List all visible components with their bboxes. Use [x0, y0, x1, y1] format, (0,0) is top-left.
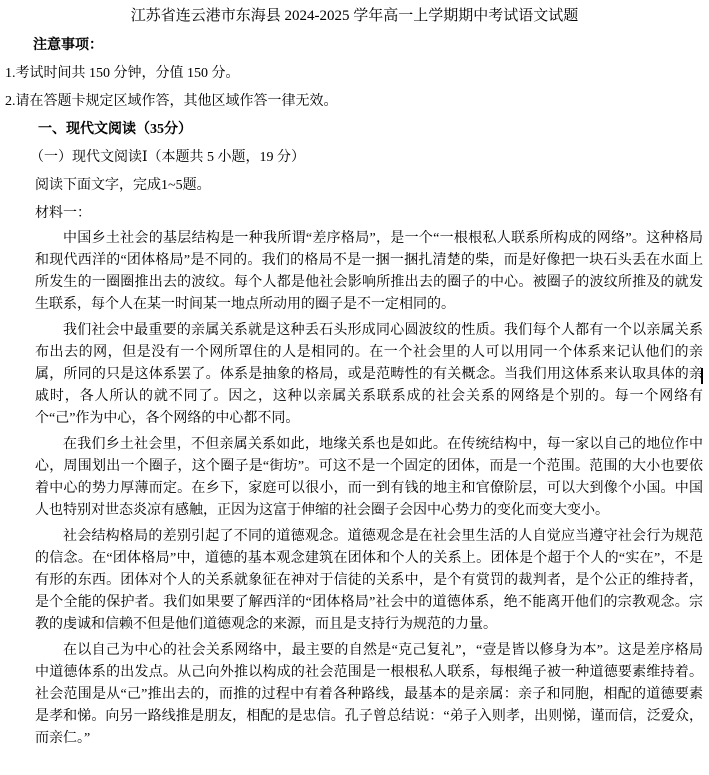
- paragraph-1: 中国乡土社会的基层结构是一种我所谓“差序格局”，是一个“一根根私人联系所构成的网…: [35, 228, 703, 316]
- paragraph-2: 我们社会中最重要的亲属关系就是这种丢石头形成同心圆波纹的性质。我们每个人都有一个…: [35, 320, 703, 430]
- reading-instruction: 阅读下面文字，完成1~5题。: [0, 172, 709, 200]
- section-heading-modern-reading: 一、现代文阅读（35分）: [0, 116, 709, 144]
- material-one-label: 材料一：: [0, 200, 709, 228]
- document-page[interactable]: 江苏省连云港市东海县 2024-2025 学年高一上学期期中考试语文试题 注意事…: [0, 0, 709, 775]
- paragraph-5: 在以自己为中心的社会关系网络中，最主要的自然是“克己复礼”，“壹是皆以修身为本”…: [35, 640, 703, 750]
- paragraph-4: 社会结构格局的差别引起了不同的道德观念。道德观念是在社会里生活的人自觉应当遵守社…: [35, 526, 703, 636]
- paragraph-3: 在我们乡土社会里，不但亲属关系如此，地缘关系也是如此。在传统结构中，每一家以自己…: [35, 434, 703, 522]
- text-caret: [701, 368, 703, 384]
- subsection-heading-reading-1: （一）现代文阅读Ⅰ（本题共 5 小题，19 分）: [0, 144, 709, 172]
- document-title: 江苏省连云港市东海县 2024-2025 学年高一上学期期中考试语文试题: [0, 6, 709, 26]
- notice-item-1: 1.考试时间共 150 分钟，分值 150 分。: [0, 60, 709, 88]
- notice-heading: 注意事项：: [0, 32, 709, 60]
- notice-item-2: 2.请在答题卡规定区域作答，其他区域作答一律无效。: [0, 88, 709, 116]
